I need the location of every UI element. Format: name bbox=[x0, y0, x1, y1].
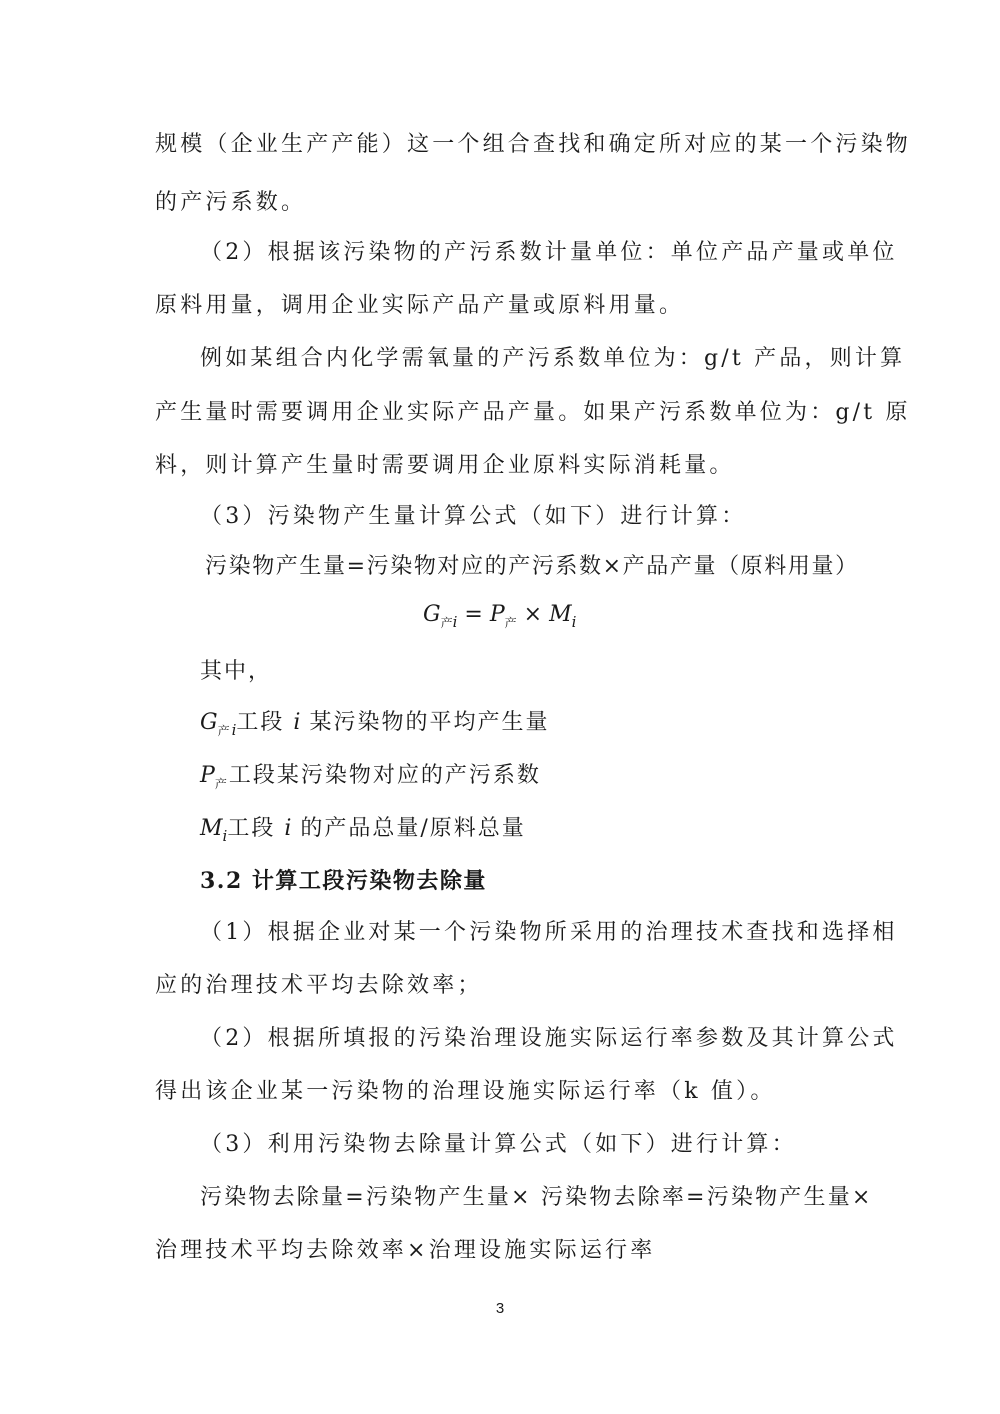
definition-text: 的产品总量/原料总量 bbox=[291, 816, 525, 841]
paragraph-line: 原料用量，调用企业实际产品产量或原料用量。 bbox=[155, 291, 855, 321]
paragraph-line: 规模（企业生产产能）这一个组合查找和确定所对应的某一个污染物 bbox=[155, 130, 855, 160]
paragraph-line: 例如某组合内化学需氧量的产污系数单位为：g/t 产品，则计算 bbox=[200, 344, 900, 374]
times-sign: × bbox=[517, 602, 549, 627]
symbol-G: G bbox=[423, 602, 441, 627]
document-page: 规模（企业生产产能）这一个组合查找和确定所对应的某一个污染物 的产污系数。 （2… bbox=[0, 0, 1000, 1414]
paragraph-line: （2）根据所填报的污染治理设施实际运行率参数及其计算公式 bbox=[200, 1024, 900, 1054]
page-number: 3 bbox=[0, 1300, 1000, 1317]
definition-line: G产i工段 i 某污染物的平均产生量 bbox=[200, 708, 900, 746]
subscript: 产 bbox=[218, 724, 232, 738]
paragraph-line: （3）利用污染物去除量计算公式（如下）进行计算： bbox=[200, 1130, 900, 1160]
paragraph-line: 得出该企业某一污染物的治理设施实际运行率（k 值）。 bbox=[155, 1077, 855, 1107]
paragraph-line: （1）根据企业对某一个污染物所采用的治理技术查找和选择相 bbox=[200, 918, 900, 948]
paragraph-line: 的产污系数。 bbox=[155, 188, 855, 218]
definition-text: 某污染物的平均产生量 bbox=[300, 710, 549, 735]
paragraph-line: 产生量时需要调用企业实际产品产量。如果产污系数单位为：g/t 原 bbox=[155, 398, 855, 428]
symbol: M bbox=[200, 816, 223, 841]
paragraph-line: （2）根据该污染物的产污系数计量单位：单位产品产量或单位 bbox=[200, 238, 900, 268]
symbol-P: P bbox=[490, 602, 505, 627]
subscript: 产 bbox=[441, 616, 453, 630]
subscript-i: i bbox=[572, 613, 577, 631]
subscript: 产 bbox=[505, 616, 517, 630]
symbol: G bbox=[200, 710, 218, 735]
symbol: P bbox=[200, 763, 215, 788]
definition-text: 工段 bbox=[227, 816, 284, 841]
formula-text-line: 治理技术平均去除效率×治理设施实际运行率 bbox=[155, 1236, 855, 1266]
definition-line: P产工段某污染物对应的产污系数 bbox=[200, 761, 900, 799]
subscript: 产 bbox=[215, 777, 229, 791]
equals-sign: = bbox=[457, 602, 489, 627]
section-heading: 3.2 计算工段污染物去除量 bbox=[200, 866, 900, 896]
formula-text-line: 污染物去除量=污染物产生量× 污染物去除率=污染物产生量× bbox=[200, 1183, 900, 1213]
definition-line: Mi工段 i 的产品总量/原料总量 bbox=[200, 814, 900, 851]
where-label: 其中， bbox=[200, 657, 900, 687]
paragraph-line: 应的治理技术平均去除效率； bbox=[155, 971, 855, 1001]
symbol-M: M bbox=[549, 602, 572, 627]
definition-text: 工段某污染物对应的产污系数 bbox=[229, 763, 541, 788]
definition-text: 工段 bbox=[236, 710, 293, 735]
paragraph-line: （3）污染物产生量计算公式（如下）进行计算： bbox=[200, 502, 900, 532]
paragraph-line: 料，则计算产生量时需要调用企业原料实际消耗量。 bbox=[155, 451, 855, 481]
equation-production: G产i = P产 × Mi bbox=[423, 600, 576, 638]
formula-text-line: 污染物产生量=污染物对应的产污系数×产品产量（原料用量） bbox=[205, 552, 905, 582]
